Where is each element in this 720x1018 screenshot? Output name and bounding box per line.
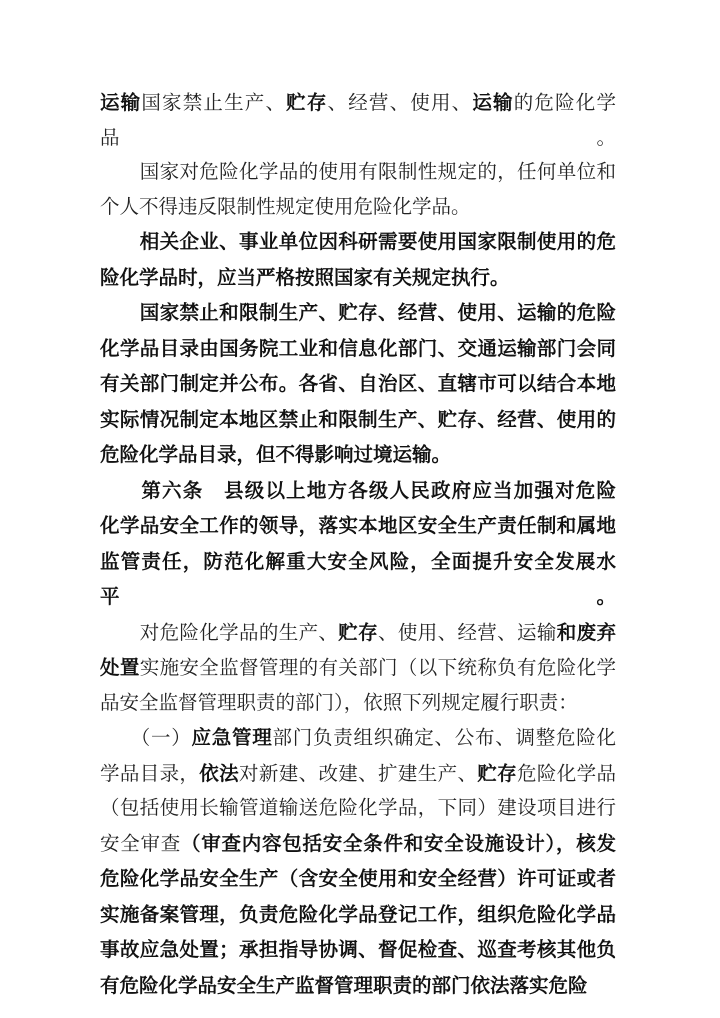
body-text: （包括使用长输管道输送危险化学品，下同）建设项目进行 (100, 798, 616, 819)
amended-text: 危险化学品目录，但不得影响过境运输。 (100, 444, 451, 466)
text-block: 运输国家禁止生产、贮存、经营、使用、运输的危险化学品。 国家对危险化学品的使用有… (100, 86, 616, 1004)
body-text: 个人不得违反限制性规定使用危险化学品。 (100, 197, 471, 218)
body-text: 实施安全监督管理的有关部门（以下统称负有危险化学 (140, 658, 616, 679)
text-line: 品安全监督管理职责的部门），依照下列规定履行职责： (100, 687, 616, 722)
text-line: 有危险化学品安全生产监督管理职责的部门依法落实危险 (100, 969, 616, 1005)
paragraph: 相关企业、事业单位因科研需要使用国家限制使用的危险化学品时，应当严格按照国家有关… (100, 225, 616, 296)
text-line: 化学品安全工作的领导，落实本地区安全生产责任制和属地 (100, 509, 616, 545)
text-line: 第六条 县级以上地方各级人民政府应当加强对危险 (100, 474, 616, 510)
text-line: 危险化学品目录，但不得影响过境运输。 (100, 438, 616, 474)
text-line: 监管责任，防范化解重大安全风险，全面提升安全发展水平。 (100, 545, 616, 616)
body-text: 对新建、改建、扩建生产、 (239, 764, 477, 785)
amended-text: 第六条 县级以上地方各级人民政府应当加强对危险 (100, 480, 616, 502)
text-line: 个人不得违反限制性规定使用危险化学品。 (100, 191, 616, 226)
text-line: 危险化学品安全生产（含安全使用和安全经营）许可证或者 (100, 862, 616, 898)
amended-text: 有危险化学品安全生产监督管理职责的部门依法落实危险 (100, 975, 588, 997)
amended-text: 贮存 (338, 622, 378, 644)
amended-text: 监管责任，防范化解重大安全风险，全面提升安全发展水平。 (100, 551, 616, 609)
body-text: 部门负责组织确定、公布、调整危险化 (273, 728, 616, 749)
text-line: 实施备案管理，负责危险化学品登记工作，组织危险化学品 (100, 898, 616, 934)
amended-text: 处置 (100, 657, 140, 679)
text-line: 相关企业、事业单位因科研需要使用国家限制使用的危 (100, 225, 616, 261)
amended-text: 实施备案管理，负责危险化学品登记工作，组织危险化学品 (100, 904, 616, 926)
text-line: 国家对危险化学品的使用有限制性规定的，任何单位和 (100, 156, 616, 191)
text-line: 有关部门制定并公布。各省、自治区、直辖市可以结合本地 (100, 367, 616, 403)
paragraph: 运输国家禁止生产、贮存、经营、使用、运输的危险化学品。 (100, 86, 616, 156)
amended-text: 险化学品时，应当严格按照国家有关规定执行。 (100, 267, 510, 289)
document-page: 运输国家禁止生产、贮存、经营、使用、运输的危险化学品。 国家对危险化学品的使用有… (0, 0, 720, 1018)
body-text: 品安全监督管理职责的部门），依照下列规定履行职责： (100, 693, 578, 714)
text-line: 事故应急处置；承担指导协调、督促检查、巡查考核其他负 (100, 933, 616, 969)
amended-text: 实际情况制定本地区禁止和限制生产、贮存、经营、使用的 (100, 409, 616, 431)
text-line: 化学品目录由国务院工业和信息化部门、交通运输部门会同 (100, 332, 616, 368)
body-text: 、使用、经营、运输 (378, 623, 557, 644)
amended-text: 应急管理 (192, 727, 273, 749)
amended-text: 依法 (199, 763, 239, 785)
body-text: 学品目录， (100, 764, 199, 785)
paragraph: （一）应急管理部门负责组织确定、公布、调整危险化学品目录，依法对新建、改建、扩建… (100, 721, 616, 1004)
text-line: 运输国家禁止生产、贮存、经营、使用、运输的危险化学品。 (100, 86, 616, 156)
body-text: 危险化学品 (517, 764, 616, 785)
text-line: 国家禁止和限制生产、贮存、经营、使用、运输的危险 (100, 296, 616, 332)
amended-text: 事故应急处置；承担指导协调、督促检查、巡查考核其他负 (100, 939, 616, 961)
amended-text: 化学品目录由国务院工业和信息化部门、交通运输部门会同 (100, 338, 616, 360)
body-text: 对危险化学品的生产、 (100, 623, 338, 644)
amended-text: 贮存 (477, 763, 517, 785)
amended-text: 相关企业、事业单位因科研需要使用国家限制使用的危 (100, 231, 616, 253)
paragraph: 对危险化学品的生产、贮存、使用、经营、运输和废弃处置实施安全监督管理的有关部门（… (100, 616, 616, 722)
body-text: 国家禁止生产、 (141, 93, 286, 114)
text-line: 处置实施安全监督管理的有关部门（以下统称负有危险化学 (100, 651, 616, 687)
text-line: 对危险化学品的生产、贮存、使用、经营、运输和废弃 (100, 616, 616, 652)
amended-text: 运输 (472, 92, 513, 114)
paragraph: 国家禁止和限制生产、贮存、经营、使用、运输的危险化学品目录由国务院工业和信息化部… (100, 296, 616, 474)
amended-text: （审查内容包括安全条件和安全设施设计），核发 (181, 833, 616, 855)
amended-text: 化学品安全工作的领导，落实本地区安全生产责任制和属地 (100, 515, 616, 537)
text-line: 学品目录，依法对新建、改建、扩建生产、贮存危险化学品 (100, 757, 616, 793)
body-text: 、经营、使用、 (328, 93, 473, 114)
text-line: 险化学品时，应当严格按照国家有关规定执行。 (100, 261, 616, 297)
amended-text: 运输 (100, 92, 141, 114)
amended-text: 有关部门制定并公布。各省、自治区、直辖市可以结合本地 (100, 373, 616, 395)
paragraph: 第六条 县级以上地方各级人民政府应当加强对危险化学品安全工作的领导，落实本地区安… (100, 474, 616, 616)
amended-text: 贮存 (286, 92, 327, 114)
amended-text: 国家禁止和限制生产、贮存、经营、使用、运输的危险 (100, 302, 616, 324)
text-line: （包括使用长输管道输送危险化学品，下同）建设项目进行 (100, 792, 616, 827)
amended-text: 危险化学品安全生产（含安全使用和安全经营）许可证或者 (100, 868, 616, 890)
body-text: 安全审查 (100, 834, 181, 855)
text-line: 实际情况制定本地区禁止和限制生产、贮存、经营、使用的 (100, 403, 616, 439)
text-line: （一）应急管理部门负责组织确定、公布、调整危险化 (100, 721, 616, 757)
body-text: （一） (100, 728, 192, 749)
amended-text: 和废弃 (557, 622, 616, 644)
text-line: 安全审查（审查内容包括安全条件和安全设施设计），核发 (100, 827, 616, 863)
body-text: 国家对危险化学品的使用有限制性规定的，任何单位和 (100, 162, 616, 183)
paragraph: 国家对危险化学品的使用有限制性规定的，任何单位和个人不得违反限制性规定使用危险化… (100, 156, 616, 225)
